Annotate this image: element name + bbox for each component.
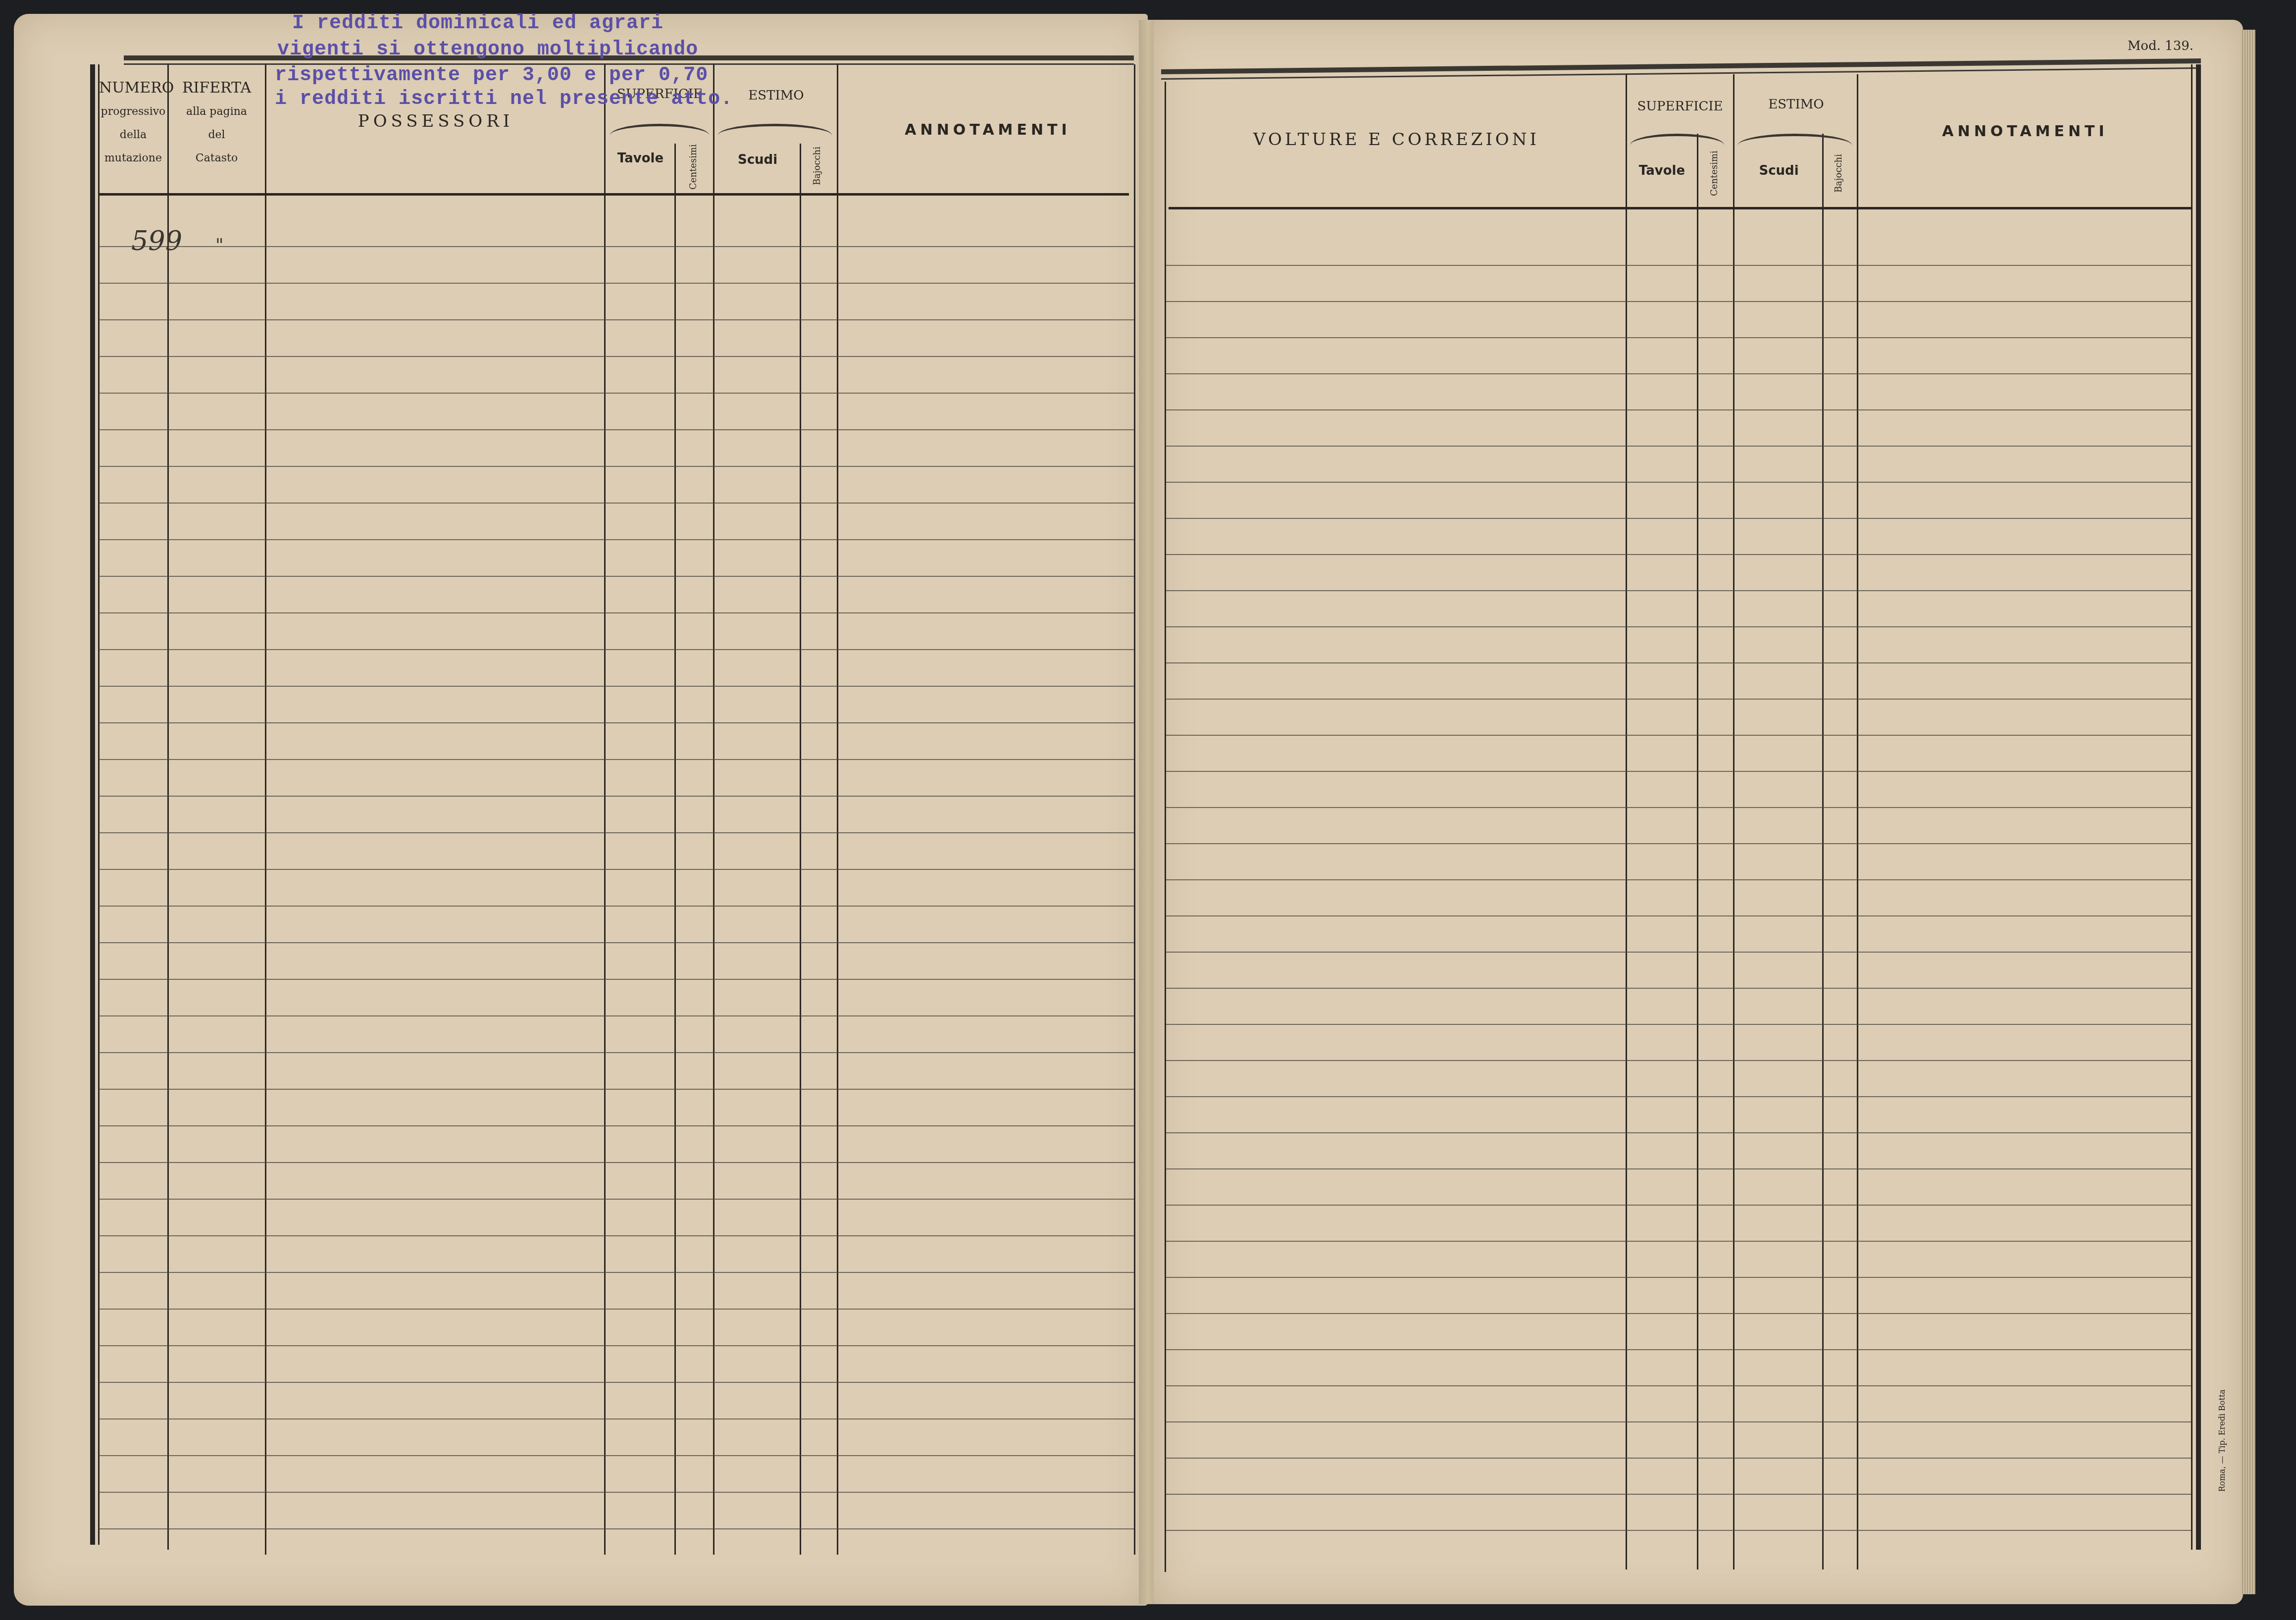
- ruled-line: [1166, 1205, 2191, 1206]
- ruled-line: [1166, 1277, 2191, 1278]
- left-col-divider-5: [713, 64, 714, 1555]
- ruled-line: [1166, 952, 2191, 953]
- left-col-divider-4: [674, 144, 676, 1555]
- riferta-sub-2: del: [168, 129, 265, 141]
- left-centesimi-header: Centesimi: [688, 144, 699, 191]
- ruled-line: [99, 1528, 1134, 1529]
- ruled-line: [1166, 1096, 2191, 1097]
- ruled-line: [99, 1089, 1134, 1090]
- left-col-divider-2: [265, 64, 266, 1555]
- ruled-line: [1166, 626, 2191, 627]
- ruled-line: [99, 1492, 1134, 1493]
- right-page: [1154, 20, 2243, 1604]
- ruled-line: [99, 612, 1134, 613]
- ruled-line: [99, 1015, 1134, 1016]
- ruled-line: [99, 1052, 1134, 1053]
- ruled-line: [99, 356, 1134, 357]
- numero-sub-3: mutazione: [99, 152, 167, 164]
- ruled-line: [1166, 1168, 2191, 1169]
- ruled-line: [1166, 1349, 2191, 1350]
- ruled-line: [1166, 301, 2191, 302]
- ruled-line: [1166, 662, 2191, 663]
- left-col-divider-1: [167, 64, 169, 1550]
- stamp-line-2: vigenti si ottengono moltiplicando: [277, 39, 698, 61]
- ruled-line: [99, 649, 1134, 650]
- ruled-line: [1166, 771, 2191, 772]
- ruled-line: [99, 759, 1134, 760]
- right-annotamenti-header: ANNOTAMENTI: [1862, 123, 2189, 140]
- ruled-line: [99, 539, 1134, 540]
- ruled-line: [99, 1345, 1134, 1346]
- left-col-divider-6: [800, 144, 801, 1555]
- ruled-line: [1166, 373, 2191, 374]
- right-scudi-header: Scudi: [1735, 163, 1822, 178]
- ruled-line: [1166, 409, 2191, 410]
- left-scudi-header: Scudi: [715, 152, 800, 167]
- right-frame-inner-rule: [2191, 64, 2193, 1550]
- left-col-divider-8: [1134, 64, 1135, 1555]
- ruled-line: [99, 906, 1134, 907]
- ruled-line: [1166, 518, 2191, 519]
- ruled-line: [99, 942, 1134, 943]
- ruled-line: [99, 869, 1134, 870]
- numero-title: NUMERO: [99, 79, 167, 97]
- ruled-line: [1166, 337, 2191, 338]
- ruled-line: [99, 393, 1134, 394]
- ruled-line: [99, 979, 1134, 980]
- ruled-line: [1166, 915, 2191, 916]
- left-annotamenti-header: ANNOTAMENTI: [842, 121, 1134, 139]
- ruled-line: [99, 429, 1134, 430]
- right-col-divider-6: [1857, 74, 1858, 1569]
- left-header-bottom-rule: [99, 193, 1129, 196]
- volture-header: VOLTURE E CORREZIONI: [1169, 130, 1624, 150]
- ruled-line: [1166, 446, 2191, 447]
- ruled-line: [1166, 265, 2191, 266]
- left-frame-outer-rule: [90, 64, 95, 1545]
- ruled-line: [1166, 1385, 2191, 1386]
- ruled-line: [99, 283, 1134, 284]
- ruled-line: [99, 246, 1134, 247]
- left-bajocchi-header: Bajocchi: [812, 141, 822, 191]
- ruled-line: [1166, 1024, 2191, 1025]
- ruled-line: [1166, 1241, 2191, 1242]
- ruled-line: [99, 466, 1134, 467]
- riferta-header: RIFERTA alla pagina del Catasto: [168, 79, 265, 164]
- riferta-sub-1: alla pagina: [168, 105, 265, 118]
- ruled-line: [99, 1382, 1134, 1383]
- ruled-line: [1166, 1458, 2191, 1459]
- right-bajocchi-header: Bajocchi: [1834, 149, 1844, 198]
- ruled-line: [1166, 879, 2191, 880]
- stamp-line-4: i redditi iscritti nel presente atto.: [275, 88, 733, 110]
- ruled-line: [1166, 1313, 2191, 1314]
- right-tavole-header: Tavole: [1628, 163, 1696, 178]
- ruled-line: [99, 1418, 1134, 1419]
- numero-sub-2: della: [99, 129, 167, 141]
- ruled-line: [1166, 735, 2191, 736]
- left-page: [14, 14, 1148, 1606]
- right-col-divider-3: [1697, 134, 1698, 1569]
- ruled-line: [99, 1272, 1134, 1273]
- ruled-line: [1166, 1421, 2191, 1422]
- left-estimo-header: ESTIMO: [715, 88, 837, 103]
- ruled-line: [99, 503, 1134, 504]
- ruled-line: [99, 832, 1134, 833]
- ruled-line: [1166, 1494, 2191, 1495]
- entry-numero: 599: [131, 225, 182, 256]
- page-edges: [2241, 30, 2255, 1594]
- right-frame-outer-rule: [2196, 64, 2201, 1550]
- right-col-divider-5: [1822, 134, 1824, 1569]
- riferta-sub-3: Catasto: [168, 152, 265, 164]
- left-col-divider-7: [837, 64, 838, 1555]
- ruled-line: [99, 686, 1134, 687]
- stamp-line-1: I redditi dominicali ed agrari: [292, 12, 663, 35]
- possessori-header: POSSESSORI: [267, 111, 604, 131]
- ruled-line: [99, 1235, 1134, 1236]
- ruled-line: [99, 1162, 1134, 1163]
- right-estimo-header: ESTIMO: [1735, 97, 1857, 112]
- right-col-divider-4: [1733, 74, 1735, 1569]
- ruled-line: [1166, 807, 2191, 808]
- right-header-bottom-rule: [1169, 207, 2191, 209]
- right-col-divider-2: [1626, 74, 1627, 1569]
- entry-riferta: ": [215, 235, 224, 255]
- left-frame-inner-rule: [98, 64, 100, 1545]
- right-superficie-header: SUPERFICIE: [1628, 99, 1732, 114]
- ruled-line: [1166, 482, 2191, 483]
- ruled-line: [99, 576, 1134, 577]
- left-tavole-header: Tavole: [607, 151, 674, 166]
- ruled-line: [99, 1455, 1134, 1456]
- ruled-line: [99, 319, 1134, 320]
- ruled-line: [1166, 988, 2191, 989]
- printer-imprint: Roma, — Tip. Eredi Botta: [2217, 1376, 2227, 1505]
- ruled-line: [1166, 590, 2191, 591]
- left-col-divider-3: [604, 64, 606, 1555]
- ruled-line: [1166, 843, 2191, 844]
- ruled-line: [99, 1309, 1134, 1310]
- ruled-line: [1166, 699, 2191, 700]
- ruled-line: [99, 722, 1134, 723]
- ruled-line: [1166, 554, 2191, 555]
- ruled-line: [1166, 1530, 2191, 1531]
- ruled-line: [99, 1199, 1134, 1200]
- numero-header: NUMERO progressivo della mutazione: [99, 79, 167, 164]
- form-number: Mod. 139.: [2094, 39, 2194, 53]
- ruled-line: [99, 796, 1134, 797]
- ruled-line: [1166, 1060, 2191, 1061]
- right-centesimi-header: Centesimi: [1709, 149, 1720, 198]
- right-col-divider-1: [1165, 82, 1166, 1572]
- ruled-line: [99, 1125, 1134, 1126]
- stamp-line-3: rispettivamente per 3,00 e per 0,70: [275, 64, 708, 87]
- ruled-line: [1166, 1132, 2191, 1133]
- riferta-title: RIFERTA: [168, 79, 265, 97]
- numero-sub-1: progressivo: [99, 105, 167, 118]
